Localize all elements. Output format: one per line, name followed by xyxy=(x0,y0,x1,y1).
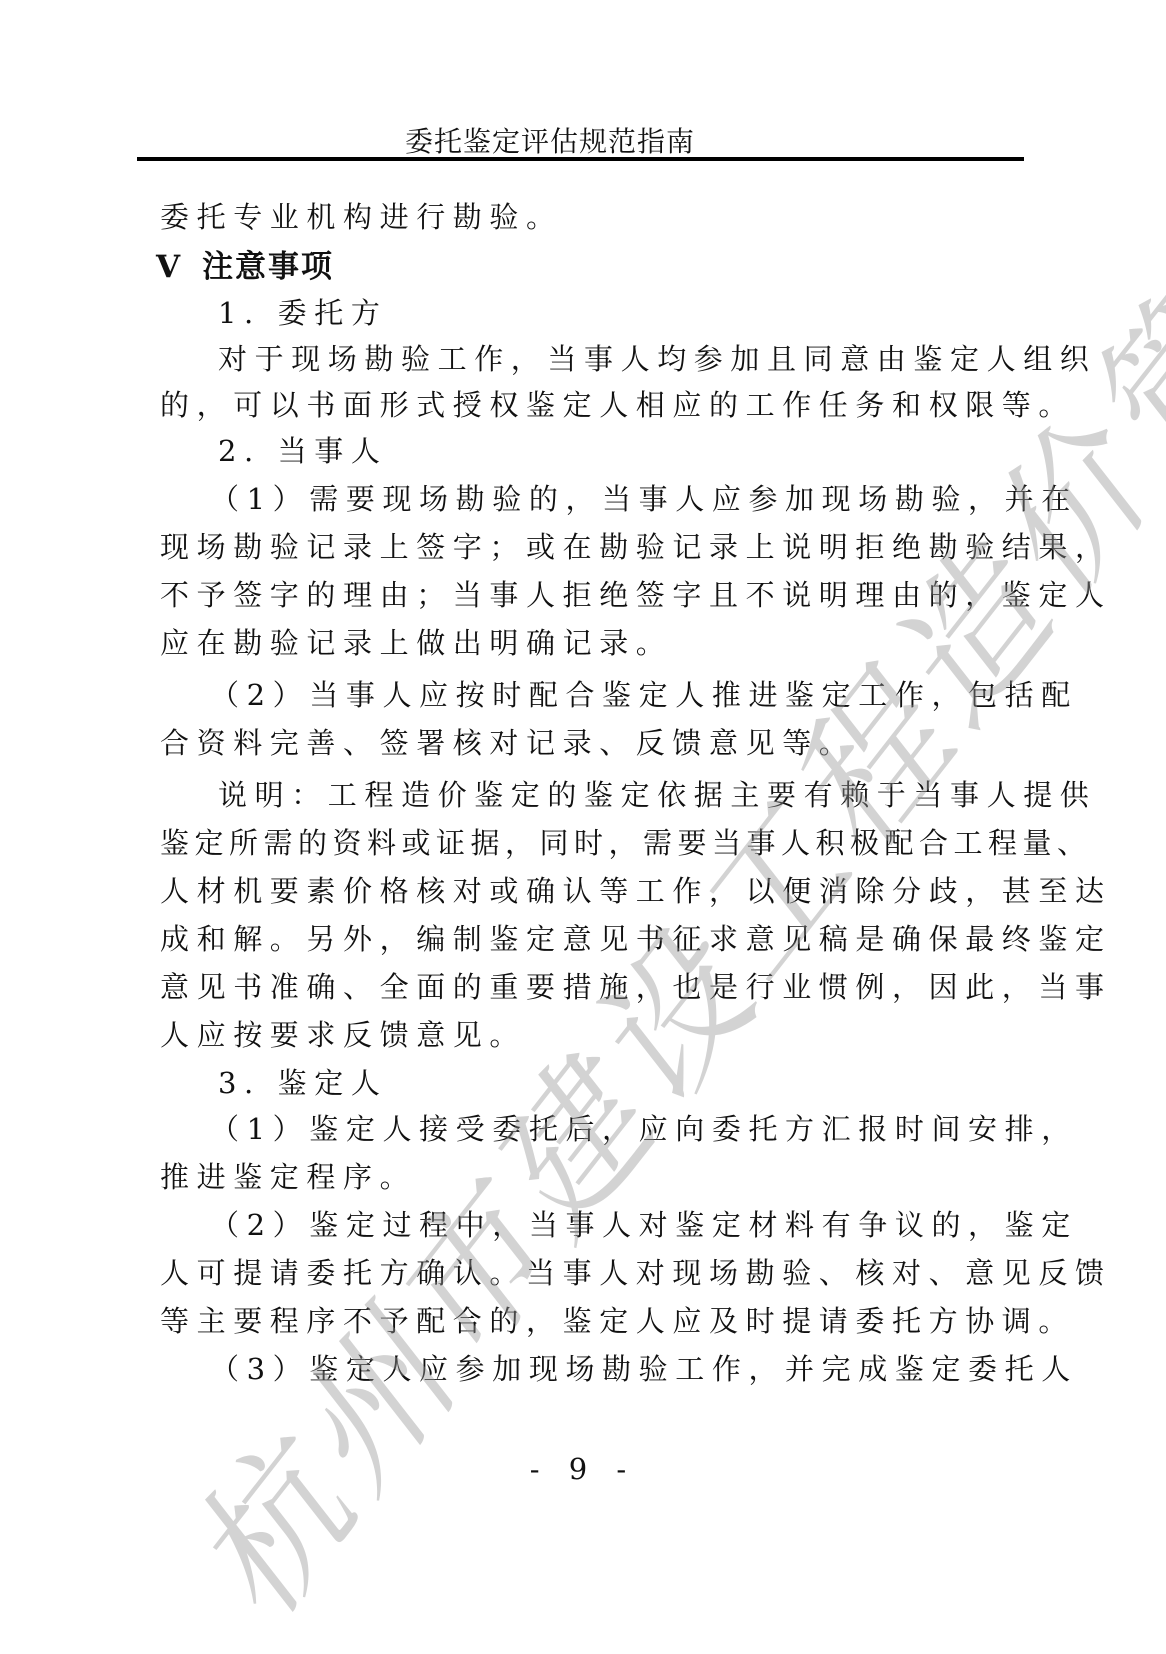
section-heading: V注意事项 xyxy=(156,247,334,287)
document-page: 委托鉴定评估规范指南 委托专业机构进行勘验。 V注意事项 1. 委托方 对于现场… xyxy=(0,0,1166,1654)
page-number: - 9 - xyxy=(0,1452,1166,1486)
subheading-parties: 2. 当事人 xyxy=(218,431,388,471)
text-line: （2）鉴定过程中，当事人对鉴定材料有争议的，鉴定 xyxy=(210,1205,1078,1245)
text-line: 成和解。另外，编制鉴定意见书征求意见稿是确保最终鉴定 xyxy=(160,919,1112,959)
subheading-appraiser: 3. 鉴定人 xyxy=(218,1063,388,1103)
text-line: （2）当事人应按时配合鉴定人推进鉴定工作，包括配 xyxy=(210,675,1078,715)
running-header-title: 委托鉴定评估规范指南 xyxy=(0,120,1100,160)
text-line: 不予签字的理由；当事人拒绝签字且不说明理由的，鉴定人 xyxy=(160,575,1112,615)
section-heading-text: 注意事项 xyxy=(202,249,334,285)
text-line: 意见书准确、全面的重要措施，也是行业惯例，因此，当事 xyxy=(160,967,1112,1007)
text-line: 应在勘验记录上做出明确记录。 xyxy=(160,623,672,663)
text-line: 人应按要求反馈意见。 xyxy=(160,1015,526,1055)
header-divider xyxy=(137,157,1024,161)
text-line: （3）鉴定人应参加现场勘验工作，并完成鉴定委托人 xyxy=(210,1349,1078,1389)
section-number: V xyxy=(156,249,182,285)
text-line: （1）鉴定人接受委托后，应向委托方汇报时间安排， xyxy=(210,1109,1078,1149)
subheading-client: 1. 委托方 xyxy=(218,293,388,333)
text-line: 的，可以书面形式授权鉴定人相应的工作任务和权限等。 xyxy=(160,385,1075,425)
text-line: 说明：工程造价鉴定的鉴定依据主要有赖于当事人提供 xyxy=(218,775,1096,815)
text-line: 推进鉴定程序。 xyxy=(160,1157,416,1197)
text-line: 等主要程序不予配合的，鉴定人应及时提请委托方协调。 xyxy=(160,1301,1075,1341)
text-line: 合资料完善、签署核对记录、反馈意见等。 xyxy=(160,723,855,763)
text-line: 委托专业机构进行勘验。 xyxy=(160,197,563,237)
text-line: （1）需要现场勘验的，当事人应参加现场勘验，并在 xyxy=(210,479,1078,519)
text-line: 对于现场勘验工作，当事人均参加且同意由鉴定人组织 xyxy=(218,339,1096,379)
text-line: 人材机要素价格核对或确认等工作，以便消除分歧，甚至达 xyxy=(160,871,1112,911)
text-line: 现场勘验记录上签字；或在勘验记录上说明拒绝勘验结果， xyxy=(160,527,1112,567)
text-line: 人可提请委托方确认。当事人对现场勘验、核对、意见反馈 xyxy=(160,1253,1112,1293)
text-line: 鉴定所需的资料或证据，同时，需要当事人积极配合工程量、 xyxy=(160,823,1092,863)
